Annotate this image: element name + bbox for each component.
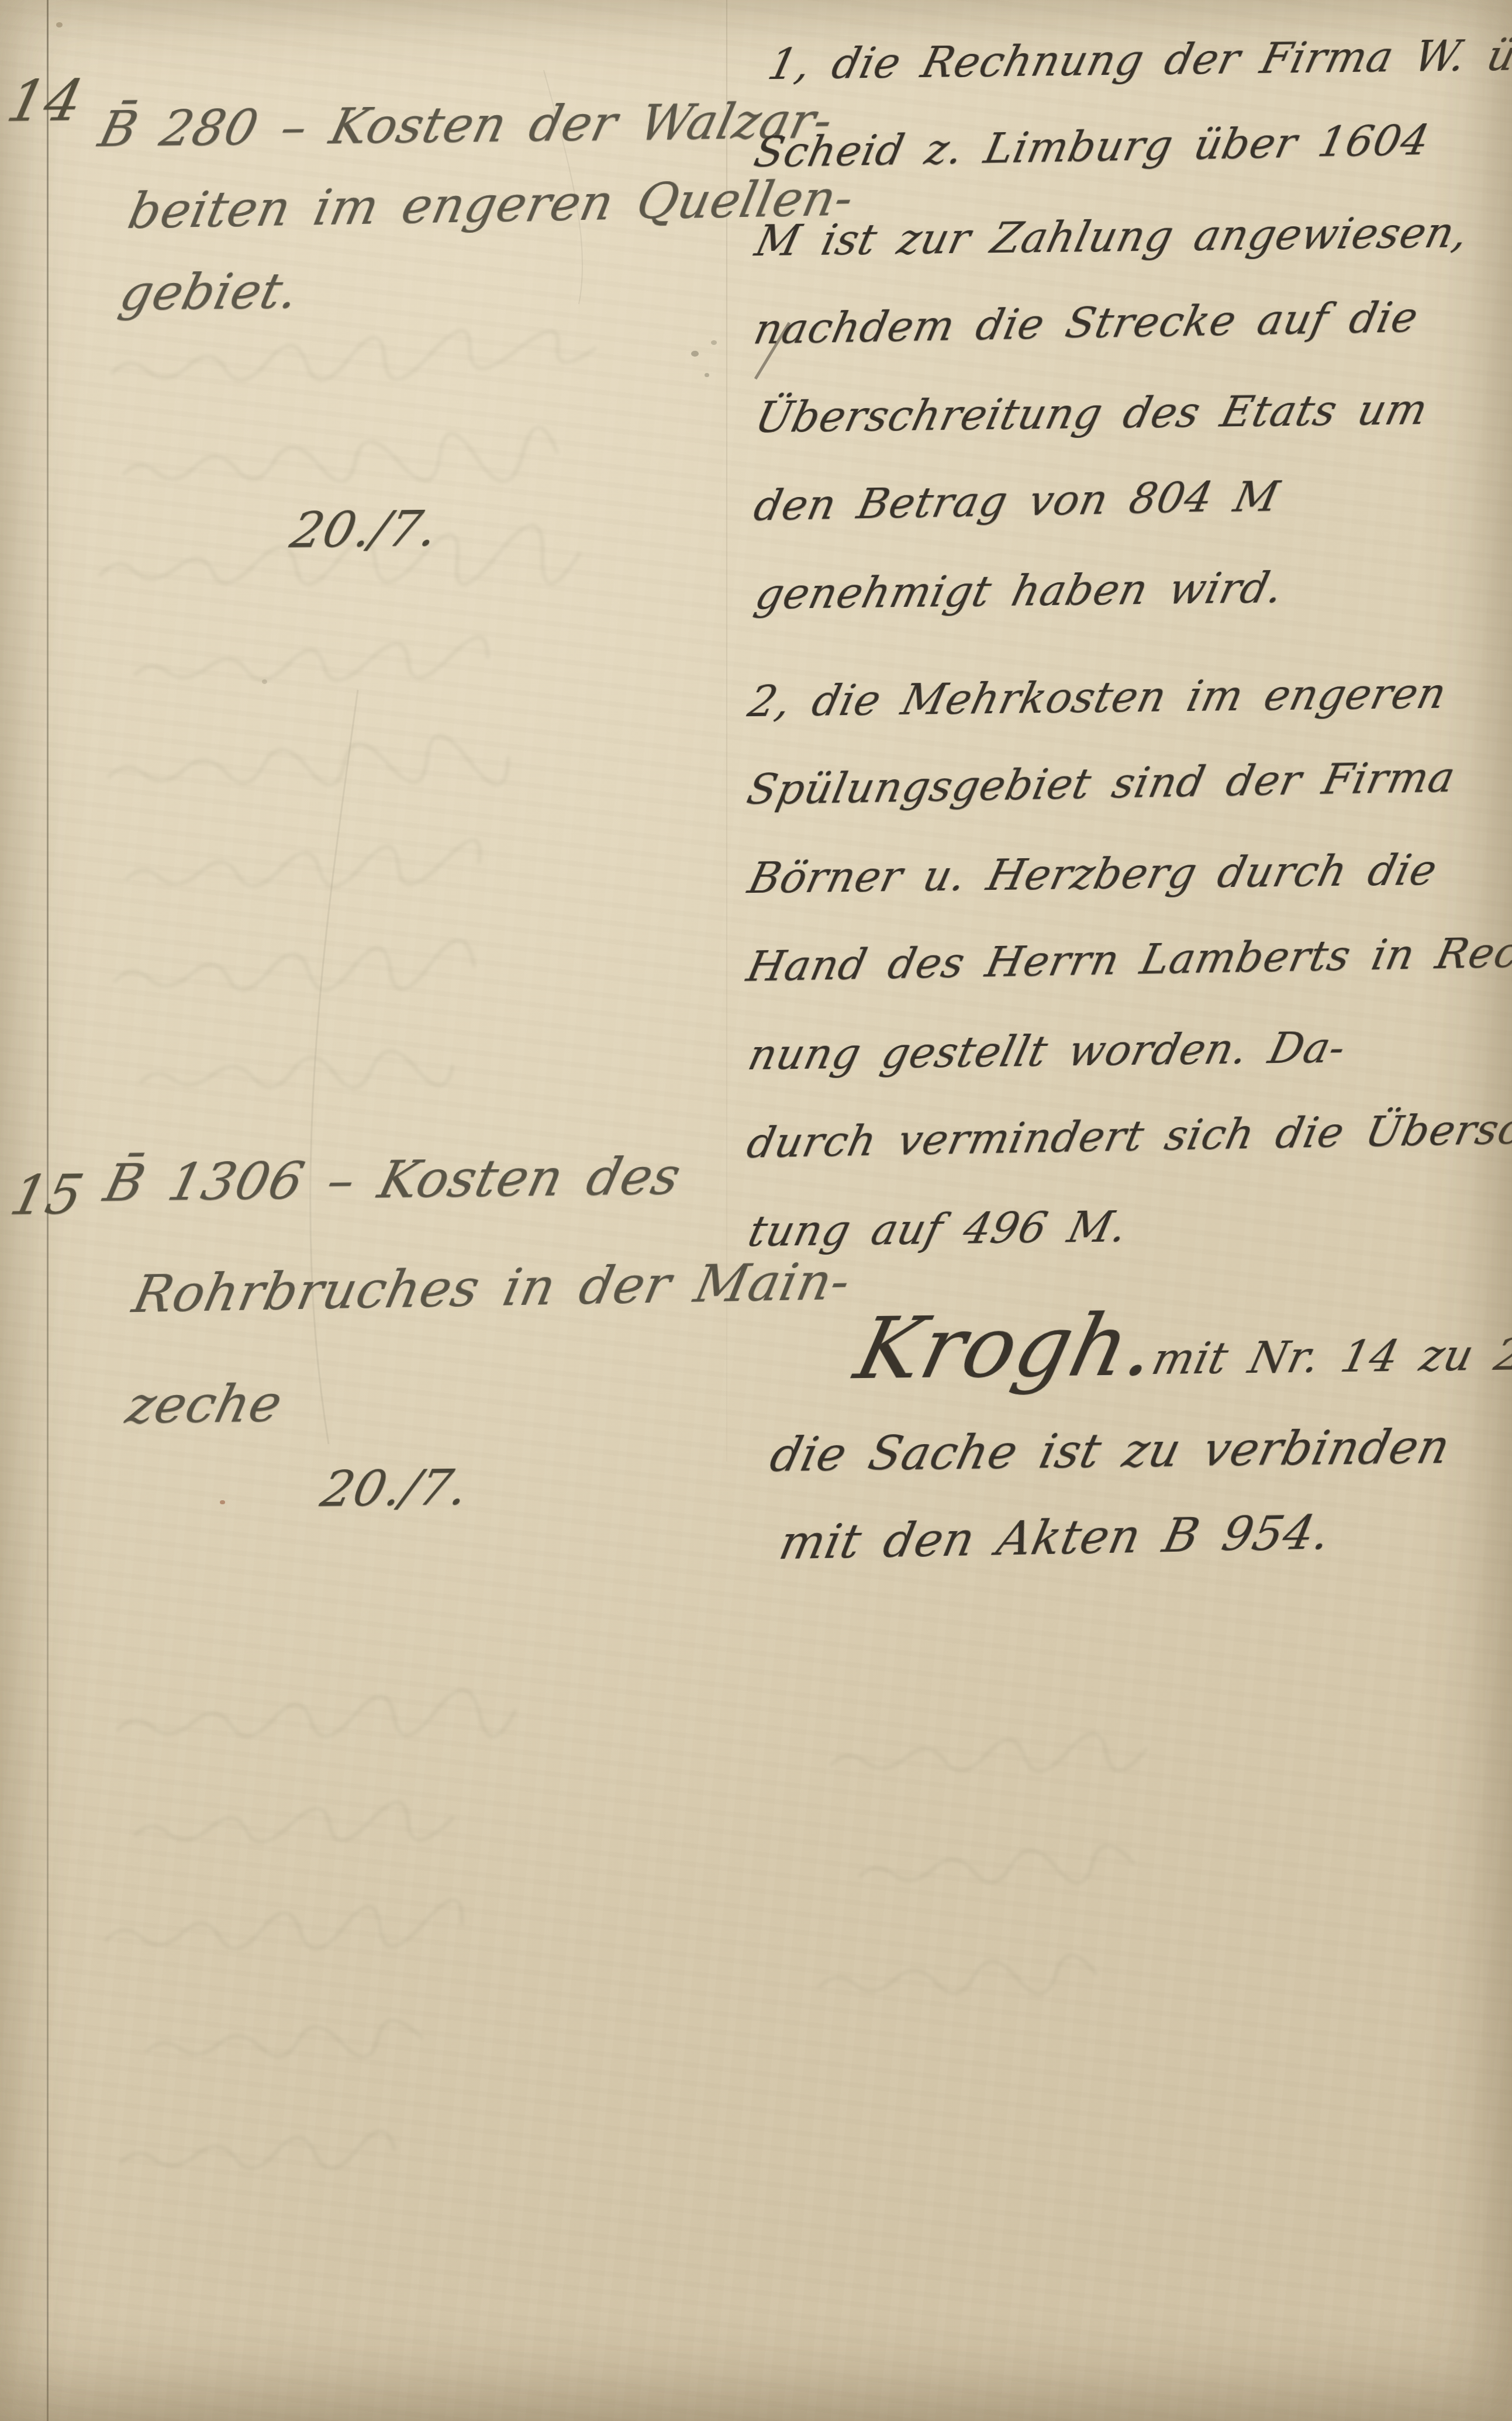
entry-number-14: 14	[1, 69, 74, 134]
handwriting-line: 20./7.	[285, 500, 444, 559]
handwriting-line: 15	[5, 1164, 89, 1227]
handwriting-line: Spülungsgebiet sind der Firma	[734, 750, 1512, 854]
signature-note: mit Nr. 14 zu 2	[1147, 1334, 1512, 1384]
entry-15-disposition-note: die Sache ist zu verbindenmit den Akten …	[757, 1428, 1433, 1603]
handwriting-line: 20./7.	[316, 1459, 475, 1518]
entry-14-date: 20./7.	[285, 502, 430, 559]
handwriting-line: Rohrbruches in der Main-	[117, 1251, 856, 1375]
manuscript-page: 14 15 B̄ 280 – Kosten der Walzar-beiten …	[0, 0, 1512, 2421]
entry-14-subject: B̄ 280 – Kosten der Walzar-beiten im eng…	[88, 101, 838, 346]
handwriting-line: 2, die Mehrkosten im engeren	[734, 666, 1512, 765]
handwriting-line: die Sache ist zu verbinden	[757, 1420, 1456, 1515]
ink-smudge	[262, 679, 267, 684]
ink-smudge	[705, 373, 709, 377]
handwriting-line: nachdem die Strecke auf die	[741, 289, 1512, 393]
handwriting-line: 14	[1, 68, 89, 134]
ink-smudge	[56, 22, 63, 27]
red-speck	[220, 1500, 225, 1504]
handwriting-line: Hand des Herrn Lamberts in Rech-	[734, 926, 1512, 1030]
entry-number-15: 15	[5, 1165, 74, 1227]
entry-14-response-paragraph-2: 2, die Mehrkosten im engerenSpülungsgebi…	[734, 677, 1512, 1295]
handwriting-line: genehmigt haben wird.	[741, 560, 1512, 658]
handwriting-line: M ist zur Zahlung angewiesen,	[741, 206, 1512, 305]
ink-smudge	[691, 351, 699, 357]
handwriting-line: 1, die Rechnung der Firma W. ü. J.	[754, 30, 1512, 128]
handwriting-line: Börner u. Herzberg durch die	[734, 843, 1512, 942]
handwriting-line: den Betrag von 804 M	[741, 466, 1512, 569]
handwriting-line: Überschreitung des Etats um	[741, 383, 1512, 481]
handwriting-line: Scheid z. Limburg über 1604	[741, 113, 1512, 216]
entry-15-date: 20./7.	[316, 1460, 461, 1518]
handwriting-line: zeche	[109, 1366, 858, 1486]
handwriting-line: tung auf 496 M.	[734, 1196, 1512, 1295]
signature: Krogh.	[847, 1299, 1143, 1398]
entry-15-subject: B̄ 1306 – Kosten desRohrbruches in der M…	[87, 1153, 830, 1486]
handwriting-line: B̄ 1306 – Kosten des	[87, 1144, 858, 1264]
handwriting-line: mit Nr. 14 zu 2	[1147, 1329, 1512, 1384]
handwriting-line: nung gestellt worden. Da-	[734, 1020, 1512, 1118]
handwriting-line: mit den Akten B 954.	[768, 1503, 1454, 1603]
handwriting-line: Krogh.	[847, 1296, 1167, 1398]
entry-14-response-paragraph-1: 1, die Rechnung der Firma W. ü. J.Scheid…	[741, 40, 1512, 658]
